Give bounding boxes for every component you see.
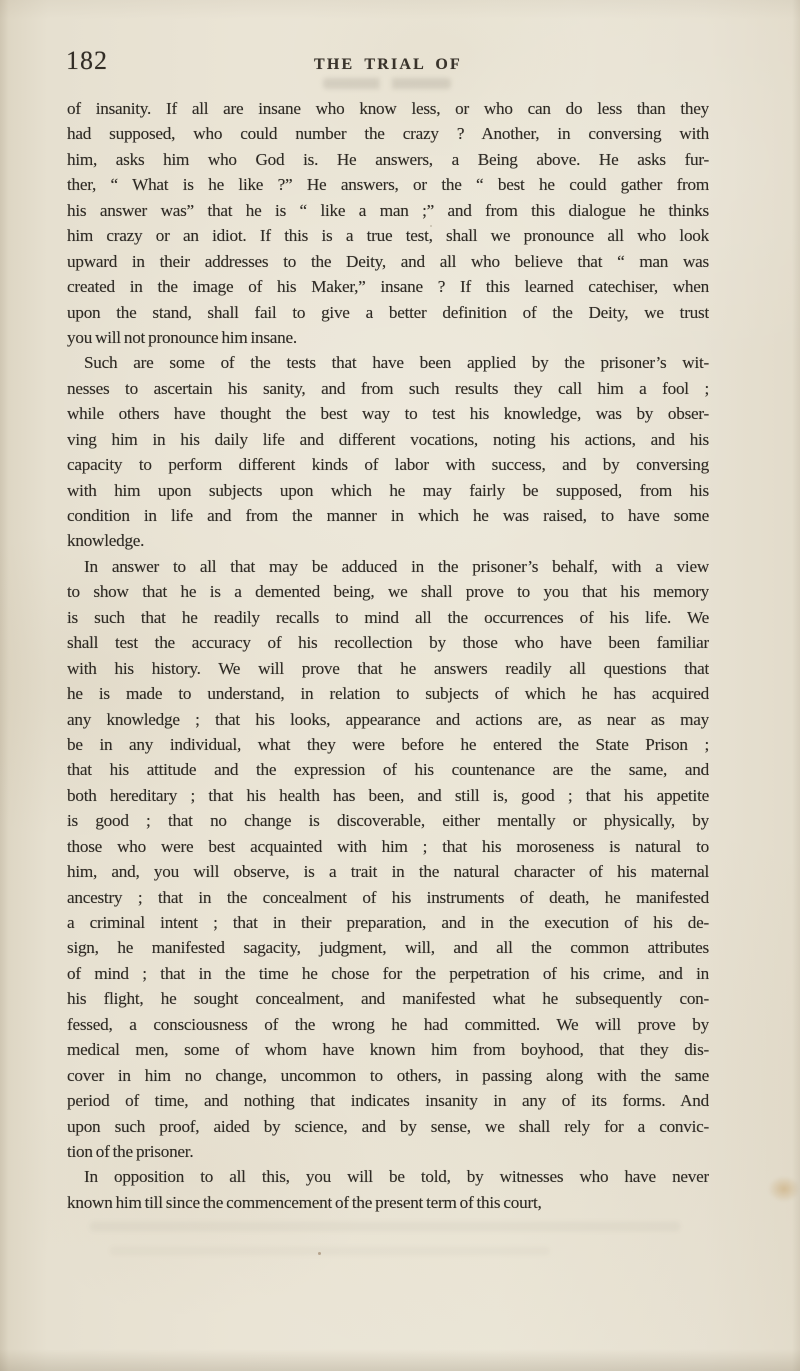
book-page-scan: 182 THE TRIAL OF of insanity. If all are… — [0, 0, 800, 1371]
text-line: him, asks him who God is. He answers, a … — [67, 147, 709, 172]
text-line: sign, he manifested sagacity, judgment, … — [67, 935, 709, 960]
text-line: condition in life and from the manner in… — [67, 503, 709, 528]
text-line: In opposition to all this, you will be t… — [67, 1164, 709, 1189]
paper-stain — [768, 1176, 800, 1202]
text-line: with his history. We will prove that he … — [67, 656, 709, 681]
paragraph: In opposition to all this, you will be t… — [67, 1164, 709, 1215]
text-line: ther, “ What is he like ?” He answers, o… — [67, 172, 709, 197]
bleed-through-ghost — [110, 1247, 550, 1255]
bleed-through-ghost — [90, 1222, 680, 1231]
text-line: nesses to ascertain his sanity, and from… — [67, 376, 709, 401]
body-text: of insanity. If all are insane who know … — [67, 96, 709, 1215]
running-title: THE TRIAL OF — [67, 56, 709, 74]
text-line: while others have thought the best way t… — [67, 401, 709, 426]
paragraph: In answer to all that may be adduced in … — [67, 554, 709, 1165]
text-line: be in any individual, what they were bef… — [67, 732, 709, 757]
text-line: tion of the prisoner. — [67, 1139, 709, 1164]
text-line: medical men, some of whom have known him… — [67, 1037, 709, 1062]
paper-speck — [430, 225, 432, 227]
text-line: any knowledge ; that his looks, appearan… — [67, 707, 709, 732]
text-line: him crazy or an idiot. If this is a true… — [67, 223, 709, 248]
text-line: is good ; that no change is discoverable… — [67, 808, 709, 833]
text-line: you will not pronounce him insane. — [67, 325, 709, 350]
text-line: shall test the accuracy of his recollect… — [67, 630, 709, 655]
text-line: ving him in his daily life and different… — [67, 427, 709, 452]
text-line: had supposed, who could number the crazy… — [67, 121, 709, 146]
paragraph: Such are some of the tests that have bee… — [67, 350, 709, 554]
text-line: period of time, and nothing that indicat… — [67, 1088, 709, 1113]
text-line: to show that he is a demented being, we … — [67, 579, 709, 604]
text-line: upward in their addresses to the Deity, … — [67, 249, 709, 274]
text-line: In answer to all that may be adduced in … — [67, 554, 709, 579]
text-line: fessed, a consciousness of the wrong he … — [67, 1012, 709, 1037]
text-line: with him upon subjects upon which he may… — [67, 478, 709, 503]
text-line: him, and, you will observe, is a trait i… — [67, 859, 709, 884]
text-line: he is made to understand, in relation to… — [67, 681, 709, 706]
text-line: ancestry ; that in the concealment of hi… — [67, 885, 709, 910]
text-line: Such are some of the tests that have bee… — [67, 350, 709, 375]
text-line: upon the stand, shall fail to give a bet… — [67, 300, 709, 325]
text-line: cover in him no change, uncommon to othe… — [67, 1063, 709, 1088]
text-line: those who were best acquainted with him … — [67, 834, 709, 859]
text-line: upon such proof, aided by science, and b… — [67, 1114, 709, 1139]
text-line: a criminal intent ; that in their prepar… — [67, 910, 709, 935]
text-line: knowledge. — [67, 528, 709, 553]
text-line: his answer was” that he is “ like a man … — [67, 198, 709, 223]
text-line: of insanity. If all are insane who know … — [67, 96, 709, 121]
text-line: of mind ; that in the time he chose for … — [67, 961, 709, 986]
paper-speck — [318, 1252, 321, 1255]
text-line: that his attitude and the expression of … — [67, 757, 709, 782]
text-line: his flight, he sought concealment, and m… — [67, 986, 709, 1011]
text-line: capacity to perform different kinds of l… — [67, 452, 709, 477]
text-line: both hereditary ; that his health has be… — [67, 783, 709, 808]
text-line: created in the image of his Maker,” insa… — [67, 274, 709, 299]
paragraph: of insanity. If all are insane who know … — [67, 96, 709, 350]
text-line: is such that he readily recalls to mind … — [67, 605, 709, 630]
text-line: known him till since the commencement of… — [67, 1190, 709, 1215]
bleed-through-ghost — [323, 78, 451, 89]
